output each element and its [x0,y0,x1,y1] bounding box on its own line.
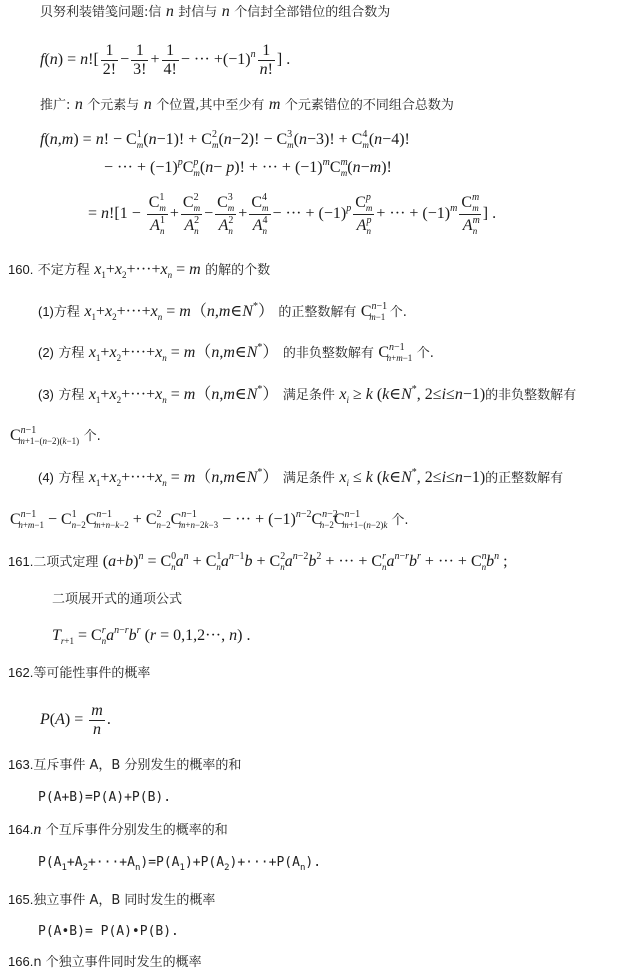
section-number: 160. [8,262,33,277]
item-label: (1) [38,304,54,319]
section-160-item-3-result: Cn−1m+1−(n−2)(k−1) 个. [10,426,101,446]
text: 贝努利装错笺问题:信 [40,5,161,20]
section-161-subtitle: 二项展开式的通项公式 [52,592,182,606]
text: 的非负整数解有 [283,346,374,361]
text: 二项展开式的通项公式 [52,592,182,607]
section-number: 163. [8,757,33,772]
general-formula-line1: f(n,m) = n! − C1m(n−1)! + C2m(n−2)! − C3… [40,130,410,150]
bernoulli-formula: f(n) = n![12!−13!+14!− ··· +(−1)n1n!] . [40,42,290,78]
text: 个. [390,305,407,320]
section-160-item-4: (4) 方程 x1+x2+···+xn = m（n,m∈N*） 满足条件 xi … [38,468,563,488]
item-label: (2) [38,345,54,360]
text: 个互斥事件分别发生的概率的和 [46,823,228,838]
section-164-formula: P(A1+A2+···+An)=P(A1)+P(A2)+···+P(An). [38,856,321,873]
text: 的非负整数解有 [485,388,576,403]
section-number: 164. [8,822,33,837]
section-162-title: 162.等可能性事件的概率 [8,666,150,680]
section-160-item-1: (1)方程 x1+x2+···+xn = m（n,m∈N*） 的正整数解有 Cn… [38,302,407,322]
text: 个. [84,429,101,444]
text: 方程 [58,346,84,361]
text: 方程 [58,471,84,486]
text: 个. [417,346,434,361]
section-163-formula: P(A+B)=P(A)+P(B). [38,791,171,804]
section-160-item-3: (3) 方程 x1+x2+···+xn = m（n,m∈N*） 满足条件 xi … [38,385,576,405]
section-164-title: 164.n 个互斥事件分别发生的概率的和 [8,822,228,838]
text: 的解的个数 [205,263,270,278]
general-formula-line2: − ··· + (−1)pCpm(n− p)! + ··· + (−1)mCmm… [104,158,392,178]
text: 的正整数解有 [485,471,563,486]
section-161: 161.二项式定理 (a+b)n = C0nan + C1nan−1b + C2… [8,552,508,572]
text: 等可能性事件的概率 [33,666,150,681]
text: 个元素与 [87,98,139,113]
text: 方程 [58,388,84,403]
section-166-title: 166.n 个独立事件同时发生的概率 [8,955,202,969]
text: n 个独立事件同时发生的概率 [33,955,201,970]
general-formula-line3: = n![1 − C1mA1n+C2mA2n−C3mA2n+C4mA4n− ··… [88,192,496,237]
section-number: 161. [8,554,33,569]
text: 个元素错位的不同组合总数为 [285,98,454,113]
text: 的正整数解有 [278,305,356,320]
item-label: (3) [38,387,54,402]
section-160-item-4-result: Cn−1n+m−1 − C1n−2Cn−1m+n−k−2 + C2n−2Cn−1… [10,510,409,530]
section-165-formula: P(A•B)= P(A)•P(B). [38,925,179,938]
section-160-item-2: (2) 方程 x1+x2+···+xn = m（n,m∈N*） 的非负整数解有 … [38,343,434,363]
section-160-title: 160. 不定方程 x1+x2+···+xn = m 的解的个数 [8,262,270,280]
text: 不定方程 [38,263,90,278]
item-label: (4) [38,470,54,485]
section-number: 165. [8,892,33,907]
generalization-intro: 推广: n 个元素与 n 个位置,其中至少有 m 个元素错位的不同组合总数为 [40,97,454,113]
section-number: 166. [8,954,33,969]
text: 封信与 [178,5,217,20]
text: 二项式定理 [33,555,98,570]
text: 互斥事件 A，B 分别发生的概率的和 [33,758,241,773]
text: 满足条件 [283,388,335,403]
section-number: 162. [8,665,33,680]
bernoulli-intro: 贝努利装错笺问题:信 n 封信与 n 个信封全部错位的组合数为 [40,4,390,20]
text: 满足条件 [283,471,335,486]
text: 方程 [54,305,80,320]
text: 个信封全部错位的组合数为 [234,5,390,20]
text: 个位置,其中至少有 [156,98,264,113]
section-163-title: 163.互斥事件 A，B 分别发生的概率的和 [8,758,241,772]
text: 个. [391,513,408,528]
text: 推广: [40,98,70,113]
section-162-formula: P(A) = mn. [40,702,111,738]
section-161-general-term: Tr+1 = Crnan−rbr (r = 0,1,2···, n) . [52,626,250,646]
text: 独立事件 A，B 同时发生的概率 [33,893,215,908]
section-165-title: 165.独立事件 A，B 同时发生的概率 [8,893,215,907]
